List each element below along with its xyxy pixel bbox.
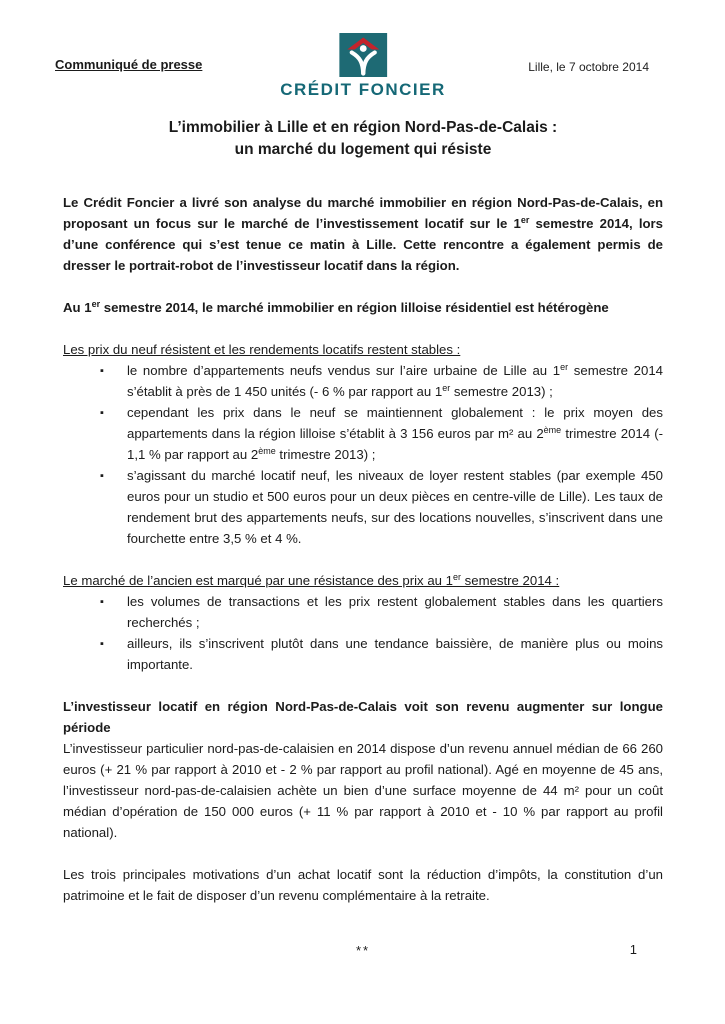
press-release-page: Communiqué de presse CRÉDIT FONCIER Lill… (0, 0, 725, 1024)
list-item: ▪ le nombre d’appartements neufs vendus … (100, 360, 663, 402)
title-line-2: un marché du logement qui résiste (63, 139, 663, 161)
doc-type-label: Communiqué de presse (55, 57, 202, 72)
ancien-bullet-list: ▪ les volumes de transactions et les pri… (63, 591, 663, 675)
investor-section-heading: L’investisseur locatif en région Nord-Pa… (63, 696, 663, 738)
page-header: Communiqué de presse CRÉDIT FONCIER Lill… (63, 33, 663, 99)
list-item-text: ailleurs, ils s’inscrivent plutôt dans u… (127, 636, 663, 672)
page-number: 1 (630, 942, 637, 957)
credit-foncier-house-icon (339, 33, 387, 77)
list-item-text: s’agissant du marché locatif neuf, les n… (127, 468, 663, 546)
market-overview-heading: Au 1er semestre 2014, le marché immobili… (63, 297, 663, 318)
list-item-text: le nombre d’appartements neufs vendus su… (127, 363, 663, 399)
investor-paragraph-1: L’investisseur particulier nord-pas-de-c… (63, 738, 663, 843)
ancien-section-heading: Le marché de l’ancien est marqué par une… (63, 570, 663, 591)
neuf-section-heading: Les prix du neuf résistent et les rendem… (63, 339, 663, 360)
square-bullet-icon: ▪ (100, 634, 104, 655)
neuf-bullet-list: ▪ le nombre d’appartements neufs vendus … (63, 360, 663, 549)
title-line-1: L’immobilier à Lille et en région Nord-P… (63, 117, 663, 139)
credit-foncier-wordmark: CRÉDIT FONCIER (280, 80, 446, 100)
list-item: ▪ cependant les prix dans le neuf se mai… (100, 402, 663, 465)
list-item: ▪ s’agissant du marché locatif neuf, les… (100, 465, 663, 549)
square-bullet-icon: ▪ (100, 466, 104, 487)
list-item: ▪ les volumes de transactions et les pri… (100, 591, 663, 633)
asterisk-separator: ** (63, 940, 663, 961)
dateline: Lille, le 7 octobre 2014 (528, 60, 649, 74)
investor-paragraph-2: Les trois principales motivations d’un a… (63, 864, 663, 906)
square-bullet-icon: ▪ (100, 403, 104, 424)
spacer (63, 318, 663, 339)
list-item-text: cependant les prix dans le neuf se maint… (127, 405, 663, 462)
list-item: ▪ ailleurs, ils s’inscrivent plutôt dans… (100, 633, 663, 675)
square-bullet-icon: ▪ (100, 592, 104, 613)
credit-foncier-logo: CRÉDIT FONCIER (280, 33, 446, 100)
document-title: L’immobilier à Lille et en région Nord-P… (63, 117, 663, 161)
list-item-text: les volumes de transactions et les prix … (127, 594, 663, 630)
document-body: Le Crédit Foncier a livré son analyse du… (63, 192, 663, 961)
square-bullet-icon: ▪ (100, 361, 104, 382)
intro-paragraph: Le Crédit Foncier a livré son analyse du… (63, 192, 663, 276)
